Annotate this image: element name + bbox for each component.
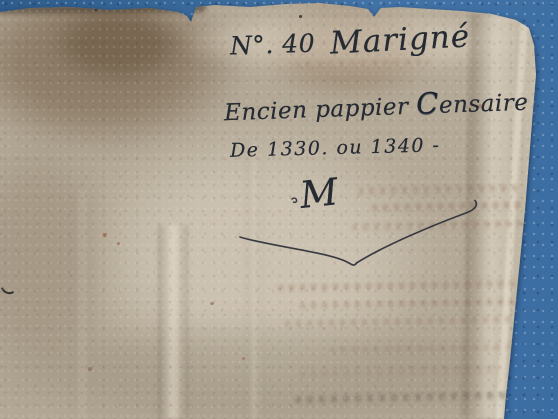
red-stain-spot [117,242,120,245]
inscription-title-part2: ensaire [439,90,529,119]
ink-speck [95,9,97,11]
bleedthrough-text-line [352,220,522,231]
bleedthrough-text-line [330,343,510,354]
ink-speck [299,15,302,18]
red-stain-spot [242,357,245,360]
bleedthrough-text-line [300,366,500,377]
bleedthrough-text-line [285,316,513,328]
parchment-wrapper: N°. 40 Marigné Encien pappier Censaire D… [0,0,558,419]
inscription-place-name: Marigné [329,18,471,61]
bleedthrough-text-line [278,279,523,291]
red-stain-spot [516,332,519,335]
fold-crease [76,190,89,419]
ink-mark-left-edge [1,285,14,297]
red-stain-spot [210,302,214,305]
inscription-title-initial: C [416,86,440,121]
bleedthrough-text-line [358,184,523,194]
top-edge-shadow [0,4,206,13]
inscription-date-line: De 1330. ou 1340 - [230,134,441,162]
parchment: N°. 40 Marigné Encien pappier Censaire D… [0,0,558,419]
right-edge-highlight [496,18,528,419]
bleedthrough-text-line [295,59,430,69]
inscription-catalog-number: N°. 40 [230,29,316,61]
stain-dark-top-left [0,0,245,150]
inscription-title-line: Encien pappier Censaire [223,83,528,128]
red-stain-spot [103,233,107,237]
red-stain-spot [88,367,92,371]
bleedthrough-text-line [372,201,522,211]
fold-crease [247,140,262,419]
stain-dark-top-left-2 [52,6,182,81]
inscription-title-part1: Encien pappier [224,94,417,127]
fold-flap-right [462,13,544,419]
bleedthrough-text-line [300,298,530,310]
fold-crease [158,225,188,419]
bleedthrough-text-line [295,392,510,404]
stain-left-shade [0,140,115,380]
inscription-monogram: M [298,170,341,217]
photo-background: N°. 40 Marigné Encien pappier Censaire D… [0,0,558,419]
